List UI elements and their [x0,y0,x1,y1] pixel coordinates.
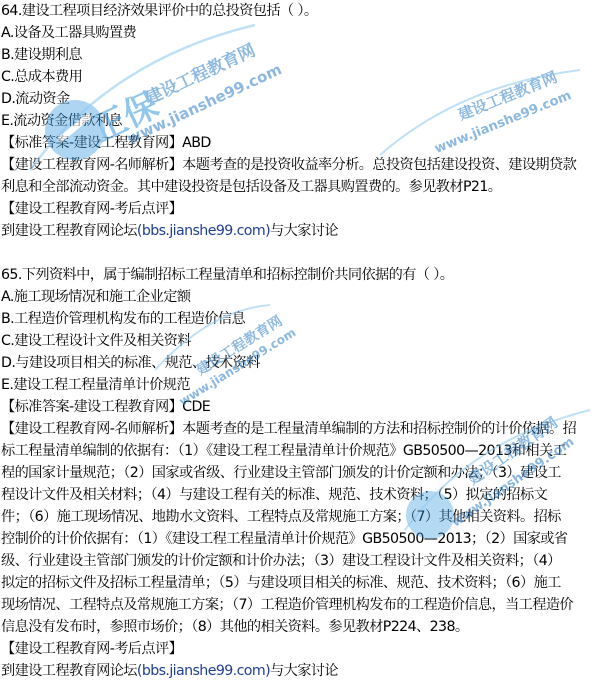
q64-option-b: B.建设期利息 [1,44,595,66]
q64-analysis: 【建设工程教育网-名师解析】本题考查的是投资收益率分析。总投资包括建设投资、建设… [1,154,595,198]
q64-answer-value: ABD [182,135,211,151]
q65-forum-suffix: 与大家讨论 [270,663,338,679]
q64-question: 64.建设工程项目经济效果评价中的总投资包括（ ）。 [1,0,595,22]
q65-forum-line: 到建设工程教育网论坛(bbs.jianshe99.com)与大家讨论 [1,660,595,682]
q64-answer-label: 【标准答案-建设工程教育网】 [1,135,182,151]
q65-analysis-line: 信息没有发布时，参照市场价；（8）其他的相关资料。参见教材P224、238。 [1,616,595,638]
q64-option-a: A.设备及工器具购置费 [1,22,595,44]
q65-forum-prefix: 到建设工程教育网论坛 [1,663,137,679]
q65-option-b: B.工程造价管理机构发布的工程造价信息 [1,308,595,330]
q65-option-c: C.建设工程设计文件及相关资料 [1,330,595,352]
q65-option-d: D.与建设项目相关的标准、规范、技术资料 [1,352,595,374]
q65-analysis-line: 现场情况、工程特点及常规施工方案；（7）工程造价管理机构发布的工程造价信息，当工… [1,594,595,616]
q65-answer-value: CDE [182,399,210,415]
q65-forum-link[interactable]: (bbs.jianshe99.com) [137,663,270,679]
q64-forum-suffix: 与大家讨论 [270,223,338,239]
q65-analysis-line: 【建设工程教育网-名师解析】本题考查的是工程量清单编制的方法和招标控制价的计价依… [1,418,595,440]
q64-comment-label: 【建设工程教育网-考后点评】 [1,198,595,220]
q64-option-c: C.总成本费用 [1,66,595,88]
q65-analysis: 【建设工程教育网-名师解析】本题考查的是工程量清单编制的方法和招标控制价的计价依… [1,418,595,638]
q64-analysis-line: 利息和全部流动资金。其中建设投资是包括设备及工器具购置费的。参见教材P21。 [1,176,595,198]
q65-answer: 【标准答案-建设工程教育网】CDE [1,396,595,418]
q65-option-a: A.施工现场情况和施工企业定额 [1,286,595,308]
q64-analysis-line: 【建设工程教育网-名师解析】本题考查的是投资收益率分析。总投资包括建设投资、建设… [1,154,595,176]
q65-analysis-line: 控制价的计价依据有：（1）《建设工程工程量清单计价规范》GB50500—2013… [1,528,595,550]
q65-comment-label: 【建设工程教育网-考后点评】 [1,638,595,660]
document-body: 64.建设工程项目经济效果评价中的总投资包括（ ）。 A.设备及工器具购置费 B… [1,0,595,682]
q64-forum-line: 到建设工程教育网论坛(bbs.jianshe99.com)与大家讨论 [1,220,595,242]
q65-analysis-line: 件；（6）施工现场情况、地勘水文资料、工程特点及常规施工方案；（7）其他相关资料… [1,506,595,528]
q64-forum-prefix: 到建设工程教育网论坛 [1,223,137,239]
q64-forum-link[interactable]: (bbs.jianshe99.com) [137,223,270,239]
q65-analysis-line: 级、行业建设主管部门颁发的计价定额和计价办法；（3）建设工程设计文件及相关资料；… [1,550,595,572]
q65-analysis-line: 程的国家计量规范；（2）国家或省级、行业建设主管部门颁发的计价定额和办法；（3）… [1,462,595,484]
spacer [1,242,595,264]
q64-option-e: E.流动资金借款利息 [1,110,595,132]
q64-option-d: D.流动资金 [1,88,595,110]
q65-analysis-line: 拟定的招标文件及招标工程量清单；（5）与建设项目相关的标准、规范、技术资料；（6… [1,572,595,594]
q65-option-e: E.建设工程工程量清单计价规范 [1,374,595,396]
q65-analysis-line: 标工程量清单编制的依据有：（1）《建设工程工程量清单计价规范》GB50500—2… [1,440,595,462]
q65-analysis-line: 程设计文件及相关材料；（4）与建设工程有关的标准、规范、技术资料；（5）拟定的招… [1,484,595,506]
q65-question: 65.下列资料中，属于编制招标工程量清单和招标控制价共同依据的有（ ）。 [1,264,595,286]
q64-answer: 【标准答案-建设工程教育网】ABD [1,132,595,154]
q65-answer-label: 【标准答案-建设工程教育网】 [1,399,182,415]
